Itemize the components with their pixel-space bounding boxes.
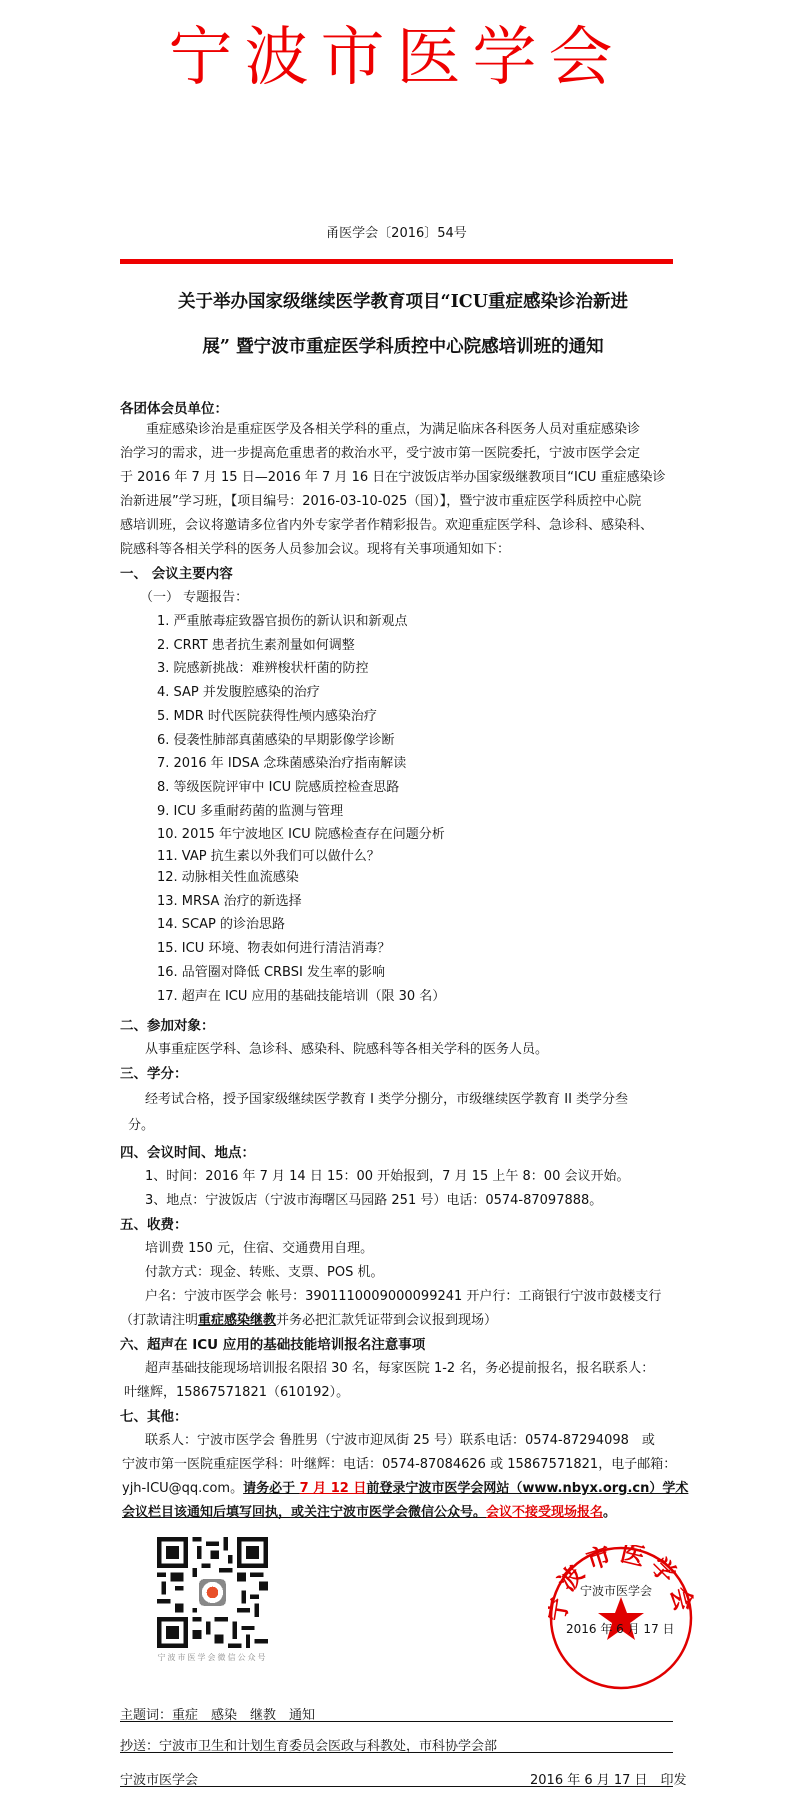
notice-deadline: 7 月 12 日 (300, 1481, 367, 1496)
payment-note-pre: （打款请注明 (120, 1313, 198, 1328)
section-6-line2: 叶继辉，15867571821（610192）。 (124, 1381, 349, 1405)
section-6-heading: 六、超声在 ICU 应用的基础技能培训报名注意事项 (120, 1333, 425, 1357)
topic-item: 13. MRSA 治疗的新选择 (157, 890, 445, 914)
topic-item: 7. 2016 年 IDSA 念珠菌感染治疗指南解读 (157, 752, 445, 776)
seal-date: 2016 年 6 月 17 日 (566, 1620, 675, 1637)
topic-item: 5. MDR 时代医院获得性颅内感染治疗 (157, 705, 445, 729)
meeting-time: 1、时间：2016 年 7 月 14 日 15：00 开始报到，7 月 15 上… (145, 1165, 629, 1189)
intro-line: 治学习的需求，进一步提高危重患者的救治水平，受宁波市第一医院委托，宁波市医学会定 (120, 442, 666, 466)
payment-note-mark: 重症感染继教 (198, 1313, 276, 1328)
section-7-heading: 七、其他： (120, 1405, 188, 1429)
intro-line: 于 2016 年 7 月 15 日—2016 年 7 月 16 日在宁波饭店举办… (120, 466, 666, 490)
fee-text: 培训费 150 元，住宿、交通费用自理。 (145, 1237, 373, 1261)
intro-paragraph: 重症感染诊治是重症医学及各相关学科的重点，为满足临床各科医务人员对重症感染诊 治… (120, 418, 666, 562)
notice-mid: 前登录宁波市医学会网站（www.nbyx.org.cn）学术 (366, 1481, 688, 1496)
topic-list: 1. 严重脓毒症致器官损伤的新认识和新观点 2. CRRT 患者抗生素剂量如何调… (157, 610, 445, 1008)
section-3-body: 经考试合格，授予国家级继续医学教育 I 类学分捌分，市级继续医学教育 II 类学… (145, 1088, 628, 1112)
section-2-heading: 二、参加对象： (120, 1014, 215, 1038)
footer-rule (120, 1786, 673, 1787)
payment-methods: 付款方式：现金、转账、支票、POS 机。 (145, 1261, 383, 1285)
intro-line: 重症感染诊治是重症医学及各相关学科的重点，为满足临床各科医务人员对重症感染诊 (120, 418, 666, 442)
payment-note: （打款请注明重症感染继教并务必把汇款凭证带到会议报到现场） (120, 1309, 497, 1333)
section-3-heading: 三、学分： (120, 1062, 188, 1086)
topic-item: 11. VAP 抗生素以外我们可以做什么？ (157, 847, 445, 866)
footer-keywords: 主题词：重症 感染 继教 通知 (120, 1704, 315, 1728)
section-5-heading: 五、收费： (120, 1213, 188, 1237)
masthead-title: 宁波市医学会 (0, 18, 793, 98)
intro-line: 院感科等各相关学科的医务人员参加会议。现将有关事项通知如下： (120, 538, 666, 562)
footer-issuer: 宁波市医学会 (120, 1769, 198, 1793)
contact-line3: yjh-ICU@qq.com。请务必于 7 月 12 日前登录宁波市医学会网站（… (122, 1477, 688, 1501)
red-divider (120, 259, 673, 264)
wechat-qr-code[interactable] (157, 1537, 268, 1648)
section-6-line1: 超声基础技能现场培训报名限招 30 名，每家医院 1-2 名，务必提前报名，报名… (145, 1357, 654, 1381)
meeting-place: 3、地点：宁波饭店（宁波市海曙区马园路 251 号）电话：0574-870978… (145, 1189, 602, 1213)
section-2-body: 从事重症医学科、急诊科、感染科、院感科等各相关学科的医务人员。 (145, 1038, 548, 1062)
notice-pre: 请务必于 (243, 1481, 300, 1496)
intro-line: 感培训班，会议将邀请多位省内外专家学者作精彩报告。欢迎重症医学科、急诊科、感染科… (120, 514, 666, 538)
notice-end: 。 (603, 1505, 616, 1520)
topic-item: 16. 品管圈对降低 CRBSI 发生率的影响 (157, 961, 445, 985)
topic-item: 14. SCAP 的诊治思路 (157, 913, 445, 937)
notice-no-onsite: 会议不接受现场报名 (486, 1505, 603, 1520)
intro-line: 治新进展”学习班，【项目编号：2016-03-10-025（国）】，暨宁波市重症… (120, 490, 666, 514)
notice-line2: 会议栏目该通知后填写回执，或关注宁波市医学会微信公众号。 (122, 1505, 486, 1520)
section-4-heading: 四、会议时间、地点： (120, 1141, 255, 1165)
topic-item: 17. 超声在 ICU 应用的基础技能培训（限 30 名） (157, 985, 445, 1009)
official-seal-icon: 宁波市医学会 (548, 1545, 694, 1691)
topic-item: 12. 动脉相关性血流感染 (157, 866, 445, 890)
contact-line2: 宁波市第一医院重症医学科：叶继辉：电话：0574-87084626 或 1586… (122, 1453, 676, 1477)
section-1-subheading: （一） 专题报告： (140, 586, 248, 610)
notice-title-line2: 展” 暨宁波市重症医学科质控中心院感培训班的通知 (108, 333, 698, 358)
footer-issue-date: 2016 年 6 月 17 日 印发 (530, 1769, 673, 1793)
contact-line4: 会议栏目该通知后填写回执，或关注宁波市医学会微信公众号。会议不接受现场报名。 (122, 1501, 616, 1525)
topic-item: 15. ICU 环境、物表如何进行清洁消毒？ (157, 937, 445, 961)
topic-item: 10. 2015 年宁波地区 ICU 院感检查存在问题分析 (157, 823, 445, 847)
topic-item: 9. ICU 多重耐药菌的监测与管理 (157, 800, 445, 824)
topic-item: 2. CRRT 患者抗生素剂量如何调整 (157, 634, 445, 658)
topic-item: 6. 侵袭性肺部真菌感染的早期影像学诊断 (157, 729, 445, 753)
section-1-heading: 一、 会议主要内容 (120, 562, 233, 586)
qr-caption: 宁波市医学会微信公众号 (150, 1652, 275, 1663)
bank-account: 户名：宁波市医学会 帐号：3901110009000099241 开户行：工商银… (145, 1285, 661, 1309)
notice-title-line1: 关于举办国家级继续医学教育项目“ICU重症感染诊治新进 (108, 288, 698, 313)
topic-item: 8. 等级医院评审中 ICU 院感质控检查思路 (157, 776, 445, 800)
contact-line1: 联系人：宁波市医学会 鲁胜男（宁波市迎凤街 25 号）联系电话：0574-872… (145, 1429, 655, 1453)
footer-rule (120, 1752, 673, 1753)
document-number: 甬医学会〔2016〕54号 (0, 222, 793, 241)
section-3-body-cont: 分。 (128, 1114, 154, 1138)
footer-rule (120, 1721, 673, 1722)
topic-item: 4. SAP 并发腹腔感染的治疗 (157, 681, 445, 705)
topic-item: 3. 院感新挑战：难辨梭状杆菌的防控 (157, 657, 445, 681)
footer-cc: 抄送：宁波市卫生和计划生育委员会医政与科教处，市科协学会部 (120, 1735, 497, 1759)
topic-item: 1. 严重脓毒症致器官损伤的新认识和新观点 (157, 610, 445, 634)
seal-org-name: 宁波市医学会 (580, 1582, 652, 1599)
contact-email[interactable]: yjh-ICU@qq.com。 (122, 1481, 243, 1496)
payment-note-post: 并务必把汇款凭证带到会议报到现场） (276, 1313, 497, 1328)
